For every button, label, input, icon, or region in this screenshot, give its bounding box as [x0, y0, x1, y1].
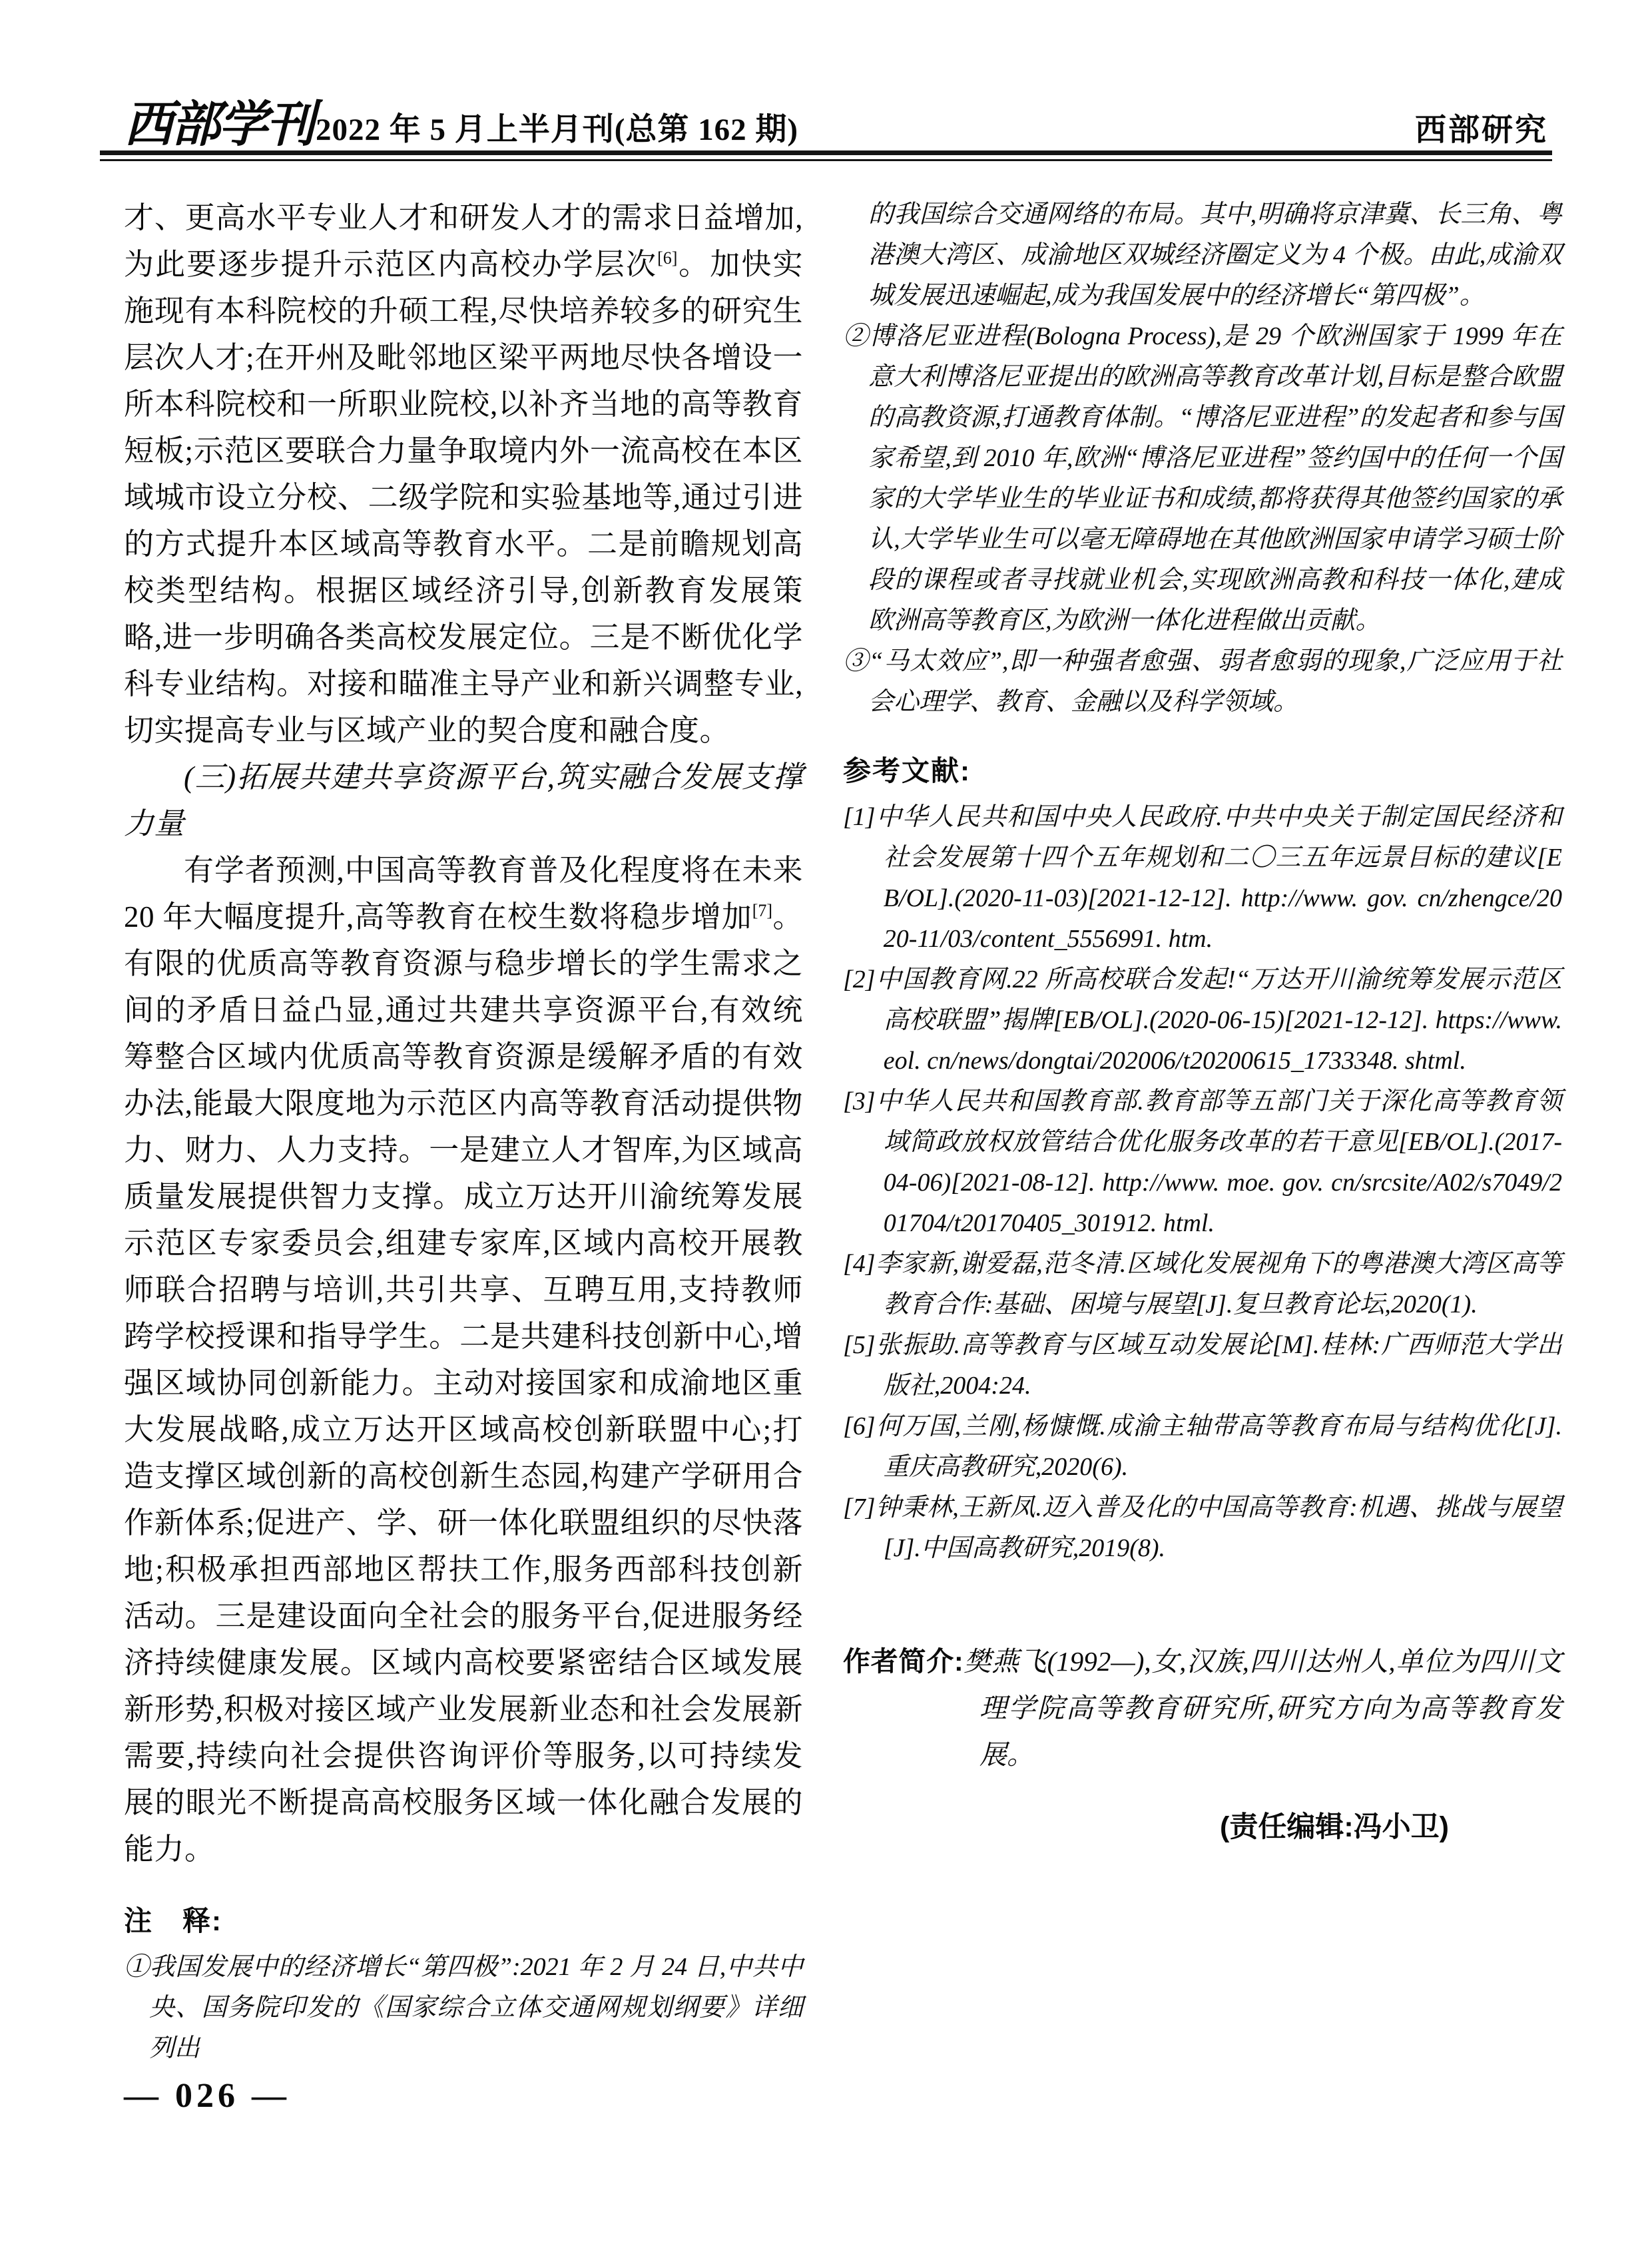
- note-item-1: ①我国发展中的经济增长“第四极”:2021 年 2 月 24 日,中共中央、国务…: [124, 1947, 803, 2069]
- header-rule: [100, 150, 1552, 161]
- subsection-heading: (三)拓展共建共享资源平台,筑实融合发展支撑力量: [124, 754, 803, 847]
- reference-text: 中华人民共和国教育部.教育部等五部门关于深化高等教育领域简政放权放管结合优化服务…: [876, 1087, 1562, 1237]
- reference-item-3: [3]中华人民共和国教育部.教育部等五部门关于深化高等教育领域简政放权放管结合优…: [843, 1081, 1562, 1244]
- note-marker: ①: [124, 1953, 150, 1981]
- footnote-ref-6: [6]: [657, 248, 677, 268]
- notes-heading: 注 释:: [124, 1904, 803, 1938]
- reference-text: 中华人民共和国中央人民政府.中共中央关于制定国民经济和社会发展第十四个五年规划和…: [876, 803, 1562, 953]
- page-number: — 026 —: [124, 2076, 290, 2115]
- note-item-1-continuation: 的我国综合交通网络的布局。其中,明确将京津冀、长三角、粤港澳大湾区、成渝地区双城…: [843, 194, 1562, 316]
- reference-text: 李家新,谢爱磊,范冬清.区域化发展视角下的粤港澳大湾区高等教育合作:基础、困境与…: [876, 1250, 1562, 1318]
- paragraph-text: 。加快实施现有本科院校的升硕工程,尽快培养较多的研究生层次人才;在开州及毗邻地区…: [124, 248, 803, 747]
- issue-info: 2022 年 5 月上半月刊(总第 162 期): [316, 111, 798, 149]
- reference-text: 中国教育网.22 所高校联合发起!“万达开川渝统筹发展示范区高校联盟”揭牌[EB…: [876, 966, 1562, 1075]
- note-text: “马太效应”,即一种强者愈强、弱者愈弱的现象,广泛应用于社会心理学、教育、金融以…: [868, 647, 1562, 716]
- note-text: 我国发展中的经济增长“第四极”:2021 年 2 月 24 日,中共中央、国务院…: [149, 1953, 803, 2062]
- note-text: 博洛尼亚进程(Bologna Process),是 29 个欧洲国家于 1999…: [868, 322, 1562, 635]
- note-item-3: ③“马太效应”,即一种强者愈强、弱者愈弱的现象,广泛应用于社会心理学、教育、金融…: [843, 641, 1562, 722]
- journal-logo: 西部学刊: [124, 100, 313, 149]
- body-paragraph-continuation: 才、更高水平专业人才和研发人才的需求日益增加,为此要逐步提升示范区内高校办学层次…: [124, 194, 803, 754]
- footnote-ref-7: [7]: [752, 901, 772, 920]
- reference-marker: [6]: [843, 1412, 876, 1440]
- author-bio-text: 樊燕飞(1992—),女,汉族,四川达州人,单位为四川文理学院高等教育研究所,研…: [964, 1646, 1562, 1770]
- reference-marker: [3]: [843, 1087, 876, 1115]
- reference-marker: [1]: [843, 803, 876, 831]
- reference-item-1: [1]中华人民共和国中央人民政府.中共中央关于制定国民经济和社会发展第十四个五年…: [843, 797, 1562, 960]
- reference-text: 张振助.高等教育与区域互动发展论[M].桂林:广西师范大学出版社,2004:24…: [876, 1331, 1562, 1400]
- note-marker: ②: [843, 322, 869, 350]
- body-paragraph-main: 有学者预测,中国高等教育普及化程度将在未来 20 年大幅度提升,高等教育在校生数…: [124, 847, 803, 1872]
- header-left: 西部学刊 2022 年 5 月上半月刊(总第 162 期): [124, 100, 798, 149]
- note-item-2: ②博洛尼亚进程(Bologna Process),是 29 个欧洲国家于 199…: [843, 316, 1562, 641]
- note-marker: ③: [843, 647, 869, 675]
- right-column: 的我国综合交通网络的布局。其中,明确将京津冀、长三角、粤港澳大湾区、成渝地区双城…: [843, 194, 1562, 2069]
- author-bio-label: 作者简介:: [843, 1646, 964, 1677]
- reference-item-6: [6]何万国,兰刚,杨慷慨.成渝主轴带高等教育布局与结构优化[J].重庆高教研究…: [843, 1406, 1562, 1488]
- article-columns: 才、更高水平专业人才和研发人才的需求日益增加,为此要逐步提升示范区内高校办学层次…: [124, 194, 1562, 2069]
- section-label: 西部研究: [1415, 111, 1548, 149]
- reference-marker: [7]: [843, 1494, 876, 1522]
- reference-marker: [2]: [843, 966, 876, 993]
- references-heading: 参考文献:: [843, 754, 1562, 788]
- left-column: 才、更高水平专业人才和研发人才的需求日益增加,为此要逐步提升示范区内高校办学层次…: [124, 194, 803, 2069]
- paragraph-text: 。有限的优质高等教育资源与稳步增长的学生需求之间的矛盾日益凸显,通过共建共享资源…: [124, 900, 803, 1866]
- author-bio: 作者简介:樊燕飞(1992—),女,汉族,四川达州人,单位为四川文理学院高等教育…: [843, 1638, 1562, 1778]
- reference-item-4: [4]李家新,谢爱磊,范冬清.区域化发展视角下的粤港澳大湾区高等教育合作:基础、…: [843, 1244, 1562, 1325]
- reference-item-2: [2]中国教育网.22 所高校联合发起!“万达开川渝统筹发展示范区高校联盟”揭牌…: [843, 960, 1562, 1081]
- paragraph-text: 有学者预测,中国高等教育普及化程度将在未来 20 年大幅度提升,高等教育在校生数…: [124, 854, 803, 934]
- reference-marker: [4]: [843, 1250, 876, 1278]
- page-header: 西部学刊 2022 年 5 月上半月刊(总第 162 期) 西部研究: [124, 100, 1548, 149]
- reference-item-7: [7]钟秉林,王新凤.迈入普及化的中国高等教育:机遇、挑战与展望[J].中国高教…: [843, 1488, 1562, 1569]
- journal-page: 西部学刊 2022 年 5 月上半月刊(总第 162 期) 西部研究 才、更高水…: [0, 0, 1652, 2242]
- reference-marker: [5]: [843, 1331, 876, 1359]
- reference-text: 何万国,兰刚,杨慷慨.成渝主轴带高等教育布局与结构优化[J].重庆高教研究,20…: [876, 1412, 1562, 1481]
- reference-text: 钟秉林,王新凤.迈入普及化的中国高等教育:机遇、挑战与展望[J].中国高教研究,…: [876, 1494, 1562, 1562]
- responsible-editor: (责任编辑:冯小卫): [843, 1805, 1562, 1849]
- reference-item-5: [5]张振助.高等教育与区域互动发展论[M].桂林:广西师范大学出版社,2004…: [843, 1325, 1562, 1406]
